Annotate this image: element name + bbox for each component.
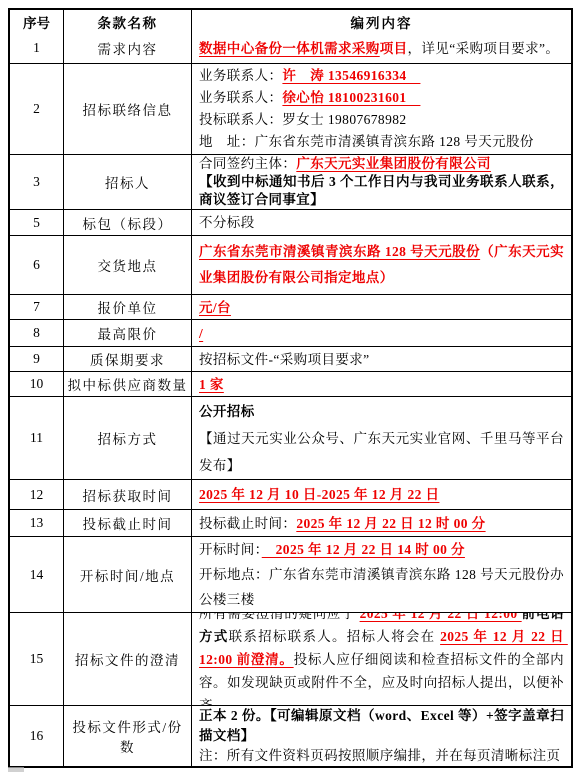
text-segment: /: [199, 326, 203, 341]
content-line: 数据中心备份一体机需求采购项目，详见“采购项目要求”。: [199, 38, 564, 59]
content-line: 1 家: [199, 374, 564, 395]
content-cell: 数据中心备份一体机需求采购项目，详见“采购项目要求”。: [192, 33, 571, 63]
header-cell-no: 序号: [10, 10, 64, 33]
text-segment: 1 家: [199, 377, 224, 392]
clause-name-cell: 需求内容: [64, 33, 192, 63]
row-number-cell: 14: [10, 537, 64, 612]
content-line: 广东省东莞市清溪镇青滨东路 128 号天元股份（广东天元实业集团股份有限公司指定…: [199, 239, 564, 291]
table-row: 13投标截止时间投标截止时间：2025 年 12 月 22 日 12 时 00 …: [10, 509, 571, 536]
row-number-cell: 6: [10, 236, 64, 294]
content-line: 不分标段: [199, 212, 564, 233]
content-line: 按招标文件-“采购项目要求”: [199, 349, 564, 370]
spec-table: 序号 条款名称 编列内容 1需求内容数据中心备份一体机需求采购项目，详见“采购项…: [8, 8, 573, 768]
content-cell: /: [192, 320, 571, 346]
table-row: 8最高限价/: [10, 319, 571, 346]
text-segment: 广东天元实业集团股份有限公司: [296, 156, 491, 171]
content-cell: 元/台: [192, 295, 571, 319]
content-line: 所有需要澄清的疑问应于 2025 年 12 月 22 日 12:00 前电话方式…: [199, 613, 564, 705]
text-segment: 投标联系人：罗女士 19807678982: [199, 112, 407, 127]
clause-name-cell: 质保期要求: [64, 347, 192, 371]
text-segment: 所有需要澄清的疑问应于: [199, 613, 360, 621]
content-cell: 不分标段: [192, 210, 571, 235]
content-line: 业务联系人：许 涛 13546916334: [199, 65, 564, 87]
content-cell: 1 家: [192, 372, 571, 396]
clause-name-cell: 拟中标供应商数量: [64, 372, 192, 396]
text-segment: 项目: [380, 41, 408, 56]
text-segment: 不分标段: [199, 215, 255, 230]
content-line: 正本 2 份。【可编辑原文档（word、Excel 等）+签字盖章扫描文档】: [199, 706, 564, 746]
clause-name-cell: 招标方式: [64, 397, 192, 479]
table-row: 7报价单位元/台: [10, 294, 571, 319]
clause-name-cell: 开标时间/地点: [64, 537, 192, 612]
content-line: 注：所有文件资料页码按照顺序编排，并在每页清晰标注页: [199, 746, 564, 766]
text-segment: 许 涛 13546916334: [282, 68, 420, 83]
table-row: 5标包（标段）不分标段: [10, 209, 571, 235]
table-row: 16投标文件形式/份数正本 2 份。【可编辑原文档（word、Excel 等）+…: [10, 705, 571, 766]
content-cell: 开标时间： 2025 年 12 月 22 日 14 时 00 分开标地点：广东省…: [192, 537, 571, 612]
text-segment: 注：所有文件资料页码按照顺序编排，并在每页清晰标注页: [199, 748, 560, 763]
row-number-cell: 1: [10, 33, 64, 63]
content-line: 投标联系人：罗女士 19807678982: [199, 109, 564, 131]
content-cell: 正本 2 份。【可编辑原文档（word、Excel 等）+签字盖章扫描文档】注：…: [192, 706, 571, 766]
table-row: 2招标联络信息业务联系人：许 涛 13546916334 业务联系人：徐心怡 1…: [10, 63, 571, 154]
content-line: /: [199, 323, 564, 344]
text-segment: 业务联系人：: [199, 68, 282, 83]
text-segment: 广东省东莞市清溪镇青滨东路 128 号天元股份: [199, 244, 480, 259]
clause-name-cell: 报价单位: [64, 295, 192, 319]
content-line: 地 址：广东省东莞市清溪镇青滨东路 128 号天元股份: [199, 131, 564, 153]
row-number-cell: 7: [10, 295, 64, 319]
text-segment: ，详见“采购项目要求”。: [408, 41, 560, 56]
row-number-cell: 16: [10, 706, 64, 766]
row-number-cell: 5: [10, 210, 64, 235]
next-row-cutoff-fragment: [8, 767, 24, 772]
clause-name-cell: 招标获取时间: [64, 480, 192, 509]
content-line: 【收到中标通知书后 3 个工作日内与我司业务联系人联系，商议签订合同事宜】: [199, 173, 564, 209]
content-cell: 业务联系人：许 涛 13546916334 业务联系人：徐心怡 18100231…: [192, 64, 571, 154]
text-segment: 开标地点：广东省东莞市清溪镇青滨东路 128 号天元股份办公楼三楼: [199, 567, 564, 607]
table-header-row: 序号 条款名称 编列内容: [10, 10, 571, 33]
row-number-cell: 3: [10, 155, 64, 209]
table-row: 6交货地点广东省东莞市清溪镇青滨东路 128 号天元股份（广东天元实业集团股份有…: [10, 235, 571, 294]
content-line: 公开招标: [199, 398, 564, 425]
row-number-cell: 11: [10, 397, 64, 479]
text-segment: 2025 年 12 月 22 日 12 时 00 分: [296, 516, 485, 531]
clause-name-cell: 投标文件形式/份数: [64, 706, 192, 766]
text-segment: 2025 年 12 月 22 日 14 时 00 分: [262, 542, 465, 557]
text-segment: 元/台: [199, 300, 231, 315]
clause-name-cell: 投标截止时间: [64, 510, 192, 536]
row-number-cell: 12: [10, 480, 64, 509]
content-cell: 按招标文件-“采购项目要求”: [192, 347, 571, 371]
text-segment: 【通过天元实业公众号、广东天元实业官网、千里马等平台发布】: [199, 431, 564, 473]
content-cell: 2025 年 12 月 10 日-2025 年 12 月 22 日: [192, 480, 571, 509]
text-segment: 投标截止时间：: [199, 516, 296, 531]
table-row: 14开标时间/地点开标时间： 2025 年 12 月 22 日 14 时 00 …: [10, 536, 571, 612]
header-cell-clause-name: 条款名称: [64, 10, 192, 33]
content-cell: 合同签约主体：广东天元实业集团股份有限公司【收到中标通知书后 3 个工作日内与我…: [192, 155, 571, 209]
table-row: 1需求内容数据中心备份一体机需求采购项目，详见“采购项目要求”。: [10, 33, 571, 63]
table-row: 9质保期要求按招标文件-“采购项目要求”: [10, 346, 571, 371]
content-cell: 投标截止时间：2025 年 12 月 22 日 12 时 00 分: [192, 510, 571, 536]
text-segment: 地 址：广东省东莞市清溪镇青滨东路 128 号天元股份: [199, 134, 534, 149]
text-segment: 开标时间：: [199, 542, 262, 557]
text-segment: 按招标文件-“采购项目要求”: [199, 352, 370, 367]
table-row: 15招标文件的澄清所有需要澄清的疑问应于 2025 年 12 月 22 日 12…: [10, 612, 571, 705]
table-row: 11招标方式公开招标【通过天元实业公众号、广东天元实业官网、千里马等平台发布】: [10, 396, 571, 479]
table-row: 10拟中标供应商数量1 家: [10, 371, 571, 396]
table-row: 3招标人合同签约主体：广东天元实业集团股份有限公司【收到中标通知书后 3 个工作…: [10, 154, 571, 209]
row-number-cell: 10: [10, 372, 64, 396]
content-line: 元/台: [199, 297, 564, 318]
text-segment: 2025 年 12 月 10 日-2025 年 12 月 22 日: [199, 487, 439, 502]
text-segment: 正本 2 份。【可编辑原文档（word、Excel 等）+签字盖章扫描文档】: [199, 708, 564, 743]
text-segment: 联系招标联系人。招标人将会在: [229, 629, 441, 644]
text-segment: 数据中心备份一体机需求采购: [199, 41, 380, 56]
text-segment: 【收到中标通知书后 3 个工作日内与我司业务联系人联系，商议签订合同事宜】: [199, 174, 564, 207]
content-line: 投标截止时间：2025 年 12 月 22 日 12 时 00 分: [199, 513, 564, 534]
clause-name-cell: 标包（标段）: [64, 210, 192, 235]
text-segment: 公开招标: [199, 404, 255, 419]
text-segment: 2025 年 12 月 22 日 12:00: [360, 613, 522, 621]
row-number-cell: 15: [10, 613, 64, 705]
clause-name-cell: 招标文件的澄清: [64, 613, 192, 705]
content-line: 2025 年 12 月 10 日-2025 年 12 月 22 日: [199, 484, 564, 505]
clause-name-cell: 招标联络信息: [64, 64, 192, 154]
text-segment: 徐心怡 18100231601: [282, 90, 420, 105]
table-body: 1需求内容数据中心备份一体机需求采购项目，详见“采购项目要求”。2招标联络信息业…: [10, 33, 571, 766]
content-line: 开标地点：广东省东莞市清溪镇青滨东路 128 号天元股份办公楼三楼: [199, 562, 564, 612]
content-line: 合同签约主体：广东天元实业集团股份有限公司: [199, 155, 564, 173]
row-number-cell: 13: [10, 510, 64, 536]
row-number-cell: 9: [10, 347, 64, 371]
header-cell-content: 编列内容: [192, 10, 571, 33]
text-segment: 合同签约主体：: [199, 156, 296, 171]
clause-name-cell: 最高限价: [64, 320, 192, 346]
row-number-cell: 2: [10, 64, 64, 154]
text-segment: 业务联系人：: [199, 90, 282, 105]
content-line: 开标时间： 2025 年 12 月 22 日 14 时 00 分: [199, 537, 564, 562]
content-cell: 广东省东莞市清溪镇青滨东路 128 号天元股份（广东天元实业集团股份有限公司指定…: [192, 236, 571, 294]
table-row: 12招标获取时间2025 年 12 月 10 日-2025 年 12 月 22 …: [10, 479, 571, 509]
content-cell: 公开招标【通过天元实业公众号、广东天元实业官网、千里马等平台发布】: [192, 397, 571, 479]
content-line: 业务联系人：徐心怡 18100231601: [199, 87, 564, 109]
clause-name-cell: 交货地点: [64, 236, 192, 294]
content-line: 【通过天元实业公众号、广东天元实业官网、千里马等平台发布】: [199, 425, 564, 479]
row-number-cell: 8: [10, 320, 64, 346]
content-cell: 所有需要澄清的疑问应于 2025 年 12 月 22 日 12:00 前电话方式…: [192, 613, 571, 705]
clause-name-cell: 招标人: [64, 155, 192, 209]
